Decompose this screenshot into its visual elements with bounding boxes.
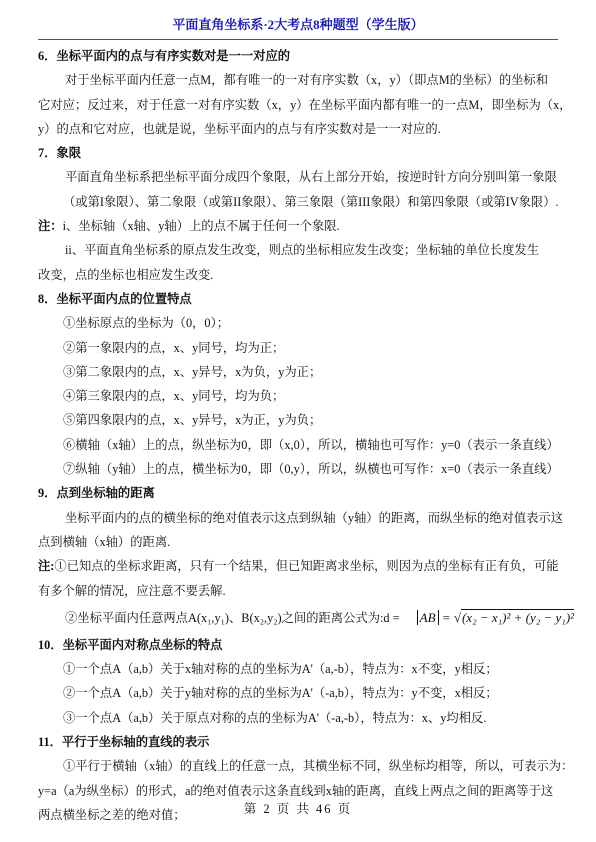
section-6-line: 对于坐标平面内任意一点M，都有唯一的一对有序实数（x，y）（即点M的坐标）的坐标… <box>38 68 558 92</box>
section-6-line: 它对应；反过来，对于任意一对有序实数（x，y）在坐标平面内都有唯一的一点M，即坐… <box>38 93 558 117</box>
header-rule <box>38 39 558 40</box>
page-header-title: 平面直角坐标系·2大考点8种题型（学生版） <box>0 14 596 33</box>
page-number: 第 2 页 共 46 页 <box>0 799 596 817</box>
section-6-title: 6．坐标平面内的点与有序实数对是一一对应的 <box>38 44 558 68</box>
formula-rhs: (x₂ − x₁)² + (y₂ − y₁)² <box>461 609 574 625</box>
section-7-note-line: ii、平面直角坐标系的原点发生改变，则点的坐标相应发生改变；坐标轴的单位长度发生 <box>38 238 558 262</box>
section-9-note: 注:①已知点的坐标求距离，只有一个结果，但已知距离求坐标，则因为点的坐标有正有负… <box>38 554 558 578</box>
section-7-line: 平面直角坐标系把坐标平面分成四个象限，从右上部分开始，按逆时针方向分别叫第一象限 <box>38 165 558 189</box>
note-text: i、坐标轴（x轴、y轴）上的点不属于任何一个象限. <box>63 219 340 233</box>
section-7-line: （或第I象限）、第二象限（或第II象限）、第三象限（第III象限）和第四象限（或… <box>38 190 558 214</box>
list-item: ②第一象限内的点，x、y同号，均为正； <box>38 336 558 360</box>
note-label: 注： <box>38 219 63 233</box>
note-label: 注: <box>38 559 54 573</box>
sqrt-icon: √ <box>454 610 461 625</box>
section-7-title: 7．象限 <box>38 141 558 165</box>
section-9-title: 9．点到坐标轴的距离 <box>38 481 558 505</box>
note-text: ①已知点的坐标求距离，只有一个结果，但已知距离求坐标，则因为点的坐标有正有负，可… <box>54 559 558 573</box>
section-7-note-line: 改变，点的坐标也相应发生改变. <box>38 263 558 287</box>
section-10-title: 10．坐标平面内对称点坐标的特点 <box>38 633 558 657</box>
list-item: ②一个点A（a,b）关于y轴对称的点的坐标为A'（-a,b），特点为：y不变，x… <box>38 681 558 705</box>
formula-intro: ②坐标平面内任意两点A(x₁,y₁)、B(x₂,y₂)之间的距离公式为:d = <box>65 611 400 625</box>
section-9-line: 点到横轴（x轴）的距离. <box>38 530 558 554</box>
section-6-line: y）的点和它对应，也就是说，坐标平面内的点与有序实数对是一一对应的. <box>38 117 558 141</box>
section-11-title: 11．平行于坐标轴的直线的表示 <box>38 730 558 754</box>
formula-eq: = <box>442 610 451 625</box>
formula-lhs: AB <box>417 610 439 625</box>
distance-formula-line: ②坐标平面内任意两点A(x₁,y₁)、B(x₂,y₂)之间的距离公式为:d = … <box>38 603 558 633</box>
list-item: ⑤第四象限内的点，x、y异号，x为正，y为负； <box>38 408 558 432</box>
list-item: ③一个点A（a,b）关于原点对称的点的坐标为A'（-a,-b），特点为：x、y均… <box>38 706 558 730</box>
list-item: ⑥横轴（x轴）上的点，纵坐标为0，即（x,0），所以，横轴也可写作：y=0（表示… <box>38 433 558 457</box>
list-item: ③第二象限内的点，x、y异号，x为负，y为正； <box>38 360 558 384</box>
section-11-line: ①平行于横轴（x轴）的直线上的任意一点，其横坐标不同，纵坐标均相等，所以，可表示… <box>38 754 558 778</box>
distance-formula: AB = √(x₂ − x₁)² + (y₂ − y₁)² <box>417 610 574 625</box>
section-8-title: 8．坐标平面内点的位置特点 <box>38 287 558 311</box>
section-7-note: 注：i、坐标轴（x轴、y轴）上的点不属于任何一个象限. <box>38 214 558 238</box>
section-9-note-line: 有多个解的情况，应注意不要丢解. <box>38 579 558 603</box>
document-body: 6．坐标平面内的点与有序实数对是一一对应的 对于坐标平面内任意一点M，都有唯一的… <box>38 44 558 827</box>
section-9-line: 坐标平面内的点的横坐标的绝对值表示这点到纵轴（y轴）的距离，而纵坐标的绝对值表示… <box>38 506 558 530</box>
list-item: ①一个点A（a,b）关于x轴对称的点的坐标为A'（a,-b），特点为：x不变，y… <box>38 657 558 681</box>
list-item: ④第三象限内的点，x、y同号，均为负； <box>38 384 558 408</box>
list-item: ①坐标原点的坐标为（0，0）； <box>38 311 558 335</box>
list-item: ⑦纵轴（y轴）上的点，横坐标为0，即（0,y），所以，纵横也可写作：x=0（表示… <box>38 457 558 481</box>
